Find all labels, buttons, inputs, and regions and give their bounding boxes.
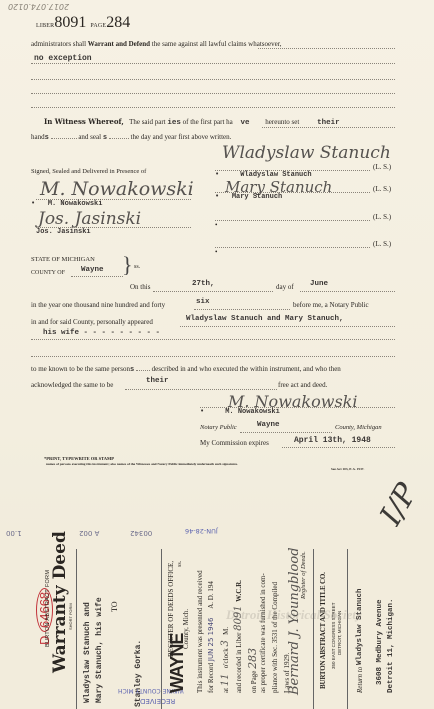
margin-initials: I/P bbox=[373, 477, 424, 531]
rule bbox=[125, 389, 277, 390]
rule bbox=[262, 127, 395, 128]
rule bbox=[31, 339, 395, 340]
stamp-code-1: 1.00 bbox=[6, 529, 22, 537]
at-line: at 11 o'clock 3 M. bbox=[220, 627, 231, 693]
divider bbox=[76, 549, 77, 709]
back-ss: ss. bbox=[177, 561, 183, 567]
ls-2: (L. S.) bbox=[373, 185, 391, 193]
notary-typed: • M. Nowakowski bbox=[200, 408, 280, 416]
witness-signature-2: Jos. Jasinski bbox=[38, 209, 141, 229]
county-value: Wayne bbox=[81, 266, 104, 274]
recorded-line: and recorded in Liber 8091 W.C.R. bbox=[233, 580, 244, 693]
stamp-code-2: A 002 bbox=[79, 529, 99, 537]
divider bbox=[161, 549, 162, 709]
rule bbox=[31, 93, 395, 94]
rule bbox=[153, 291, 273, 292]
brace: } bbox=[122, 254, 133, 276]
grantor-line-1: Wladyslaw Stanuch and bbox=[83, 602, 92, 703]
presented-text: This instrument was presented and receiv… bbox=[196, 570, 204, 693]
bullet: • bbox=[215, 248, 217, 256]
return-address-1: 3608 Medbury Avenue bbox=[376, 599, 384, 685]
before-text: before me, a Notary Public bbox=[293, 301, 369, 309]
register-label: Register of Deeds. bbox=[300, 551, 307, 599]
witness-typed-2: Jos. Jasinski bbox=[36, 228, 91, 236]
year-value: six bbox=[196, 298, 210, 306]
for-record-line: for Record JUN 25 1946 A. D. 194 bbox=[207, 581, 215, 693]
appeared-text: in and for said County, personally appea… bbox=[31, 318, 153, 326]
grantor-typed-2: • Mary Stanuch bbox=[215, 193, 282, 201]
rule bbox=[31, 79, 395, 80]
day-value: 27th, bbox=[192, 280, 215, 288]
divider bbox=[313, 549, 314, 709]
rule bbox=[31, 356, 395, 357]
presence-label: Signed, Sealed and Delivered in Presence… bbox=[31, 168, 146, 175]
footnote-act: See Act 103, P. A. 1937. bbox=[331, 467, 364, 471]
rule bbox=[71, 276, 123, 277]
page-number: 284 bbox=[106, 14, 130, 31]
rule bbox=[282, 447, 395, 448]
ls-3: (L. S.) bbox=[373, 213, 391, 221]
grantor-line-2: Mary Stanuch, his wife bbox=[95, 597, 104, 703]
deed-title: Warranty Deed bbox=[50, 531, 70, 673]
on-this-label: On this bbox=[130, 283, 150, 291]
ls-4: (L. S.) bbox=[373, 240, 391, 248]
known-text: to me known to be the same persons descr… bbox=[31, 365, 341, 374]
witness-clause: In Witness Whereof, The said part ies of… bbox=[44, 117, 340, 127]
liber-number: 8091 bbox=[54, 14, 86, 31]
company-name: BURTON ABSTRACT AND TITLE CO. bbox=[319, 572, 327, 689]
certificate-line-1: as proper certificate was furnished in c… bbox=[259, 573, 267, 693]
notary-county-value: Wayne bbox=[257, 421, 280, 429]
bullet: • bbox=[215, 221, 217, 229]
rule bbox=[258, 48, 395, 49]
rule bbox=[180, 326, 395, 327]
commission-value: April 13th, 1948 bbox=[294, 436, 371, 445]
warrant-clause: administrators shall Warrant and Defend … bbox=[31, 40, 282, 48]
rule bbox=[215, 220, 370, 221]
footnote-text: names of persons executing this instrume… bbox=[46, 462, 238, 466]
deed-page: 2017.074.0120 LIBER8091 PAGE284 administ… bbox=[0, 0, 434, 709]
rule bbox=[240, 432, 332, 433]
page-line: on Page 283 bbox=[246, 648, 259, 693]
rule bbox=[194, 309, 290, 310]
commission-label: My Commission expires bbox=[200, 439, 269, 447]
rule bbox=[300, 291, 395, 292]
return-name: Wladyslaw Stanuch bbox=[356, 588, 364, 665]
watermark: Detroit Historical Society bbox=[226, 607, 362, 623]
certificate-line-2: pliance with Sec. 3531 of the Compiled bbox=[271, 582, 279, 693]
rule bbox=[215, 247, 370, 248]
witness-signature-1: M. Nowakowski bbox=[40, 178, 194, 200]
month-value: June bbox=[310, 280, 328, 288]
ack-fill: their bbox=[146, 377, 169, 385]
footnote-title: *PRINT, TYPEWRITE OR STAMP bbox=[44, 456, 114, 461]
liber-header: LIBER8091 PAGE284 bbox=[36, 14, 130, 32]
notary-label: Notary Public bbox=[200, 424, 237, 431]
to-label: TO bbox=[110, 601, 119, 612]
page-label: PAGE bbox=[90, 23, 106, 29]
day-of-label: day of bbox=[276, 283, 294, 291]
state-label: STATE OF MICHIGAN bbox=[31, 256, 95, 263]
ack-text-2: free act and deed. bbox=[278, 381, 327, 389]
divider bbox=[347, 549, 348, 709]
stamp-code-4: 00342 bbox=[130, 529, 152, 537]
exception-text: no exception bbox=[34, 54, 92, 63]
return-address-2: Detroit 11, Michigan. bbox=[387, 598, 395, 693]
stamp-date: JUN-28-46 bbox=[185, 527, 218, 535]
accession-note: 2017.074.0120 bbox=[8, 2, 69, 11]
witness-typed-1: • M. Nowakowski bbox=[31, 200, 102, 208]
rule bbox=[31, 107, 395, 108]
appeared-value: Wladyslaw Stanuch and Mary Stanuch, bbox=[186, 315, 344, 323]
hand-seal-line: hands and seal s the day and year first … bbox=[31, 133, 231, 142]
grantor-signature-1: Wladyslaw Stanuch bbox=[222, 143, 391, 163]
deed-back-panel: 1.00 A 002 00342 JUN-28-46 D 64668 BURTO… bbox=[0, 527, 434, 709]
ss-label: ss. bbox=[134, 264, 140, 270]
county-mich: County, Mich. bbox=[182, 609, 190, 649]
county-label: COUNTY OF bbox=[31, 270, 65, 276]
ls-1: (L. S.) bbox=[373, 163, 391, 171]
year-text: in the year one thousand nine hundred an… bbox=[31, 301, 165, 309]
liber-label: LIBER bbox=[36, 23, 54, 29]
deed-subtitle: SHORT FORM bbox=[68, 603, 73, 630]
return-label: Return to bbox=[356, 667, 364, 693]
rule bbox=[31, 63, 395, 64]
received-stamp: RECEIVED bbox=[140, 697, 175, 705]
ack-text-1: acknowledged the same to be bbox=[31, 381, 113, 389]
appeared-continued: his wife - - - - - - - - - bbox=[43, 329, 160, 337]
notary-county-suffix: County, Michigan bbox=[335, 424, 382, 431]
